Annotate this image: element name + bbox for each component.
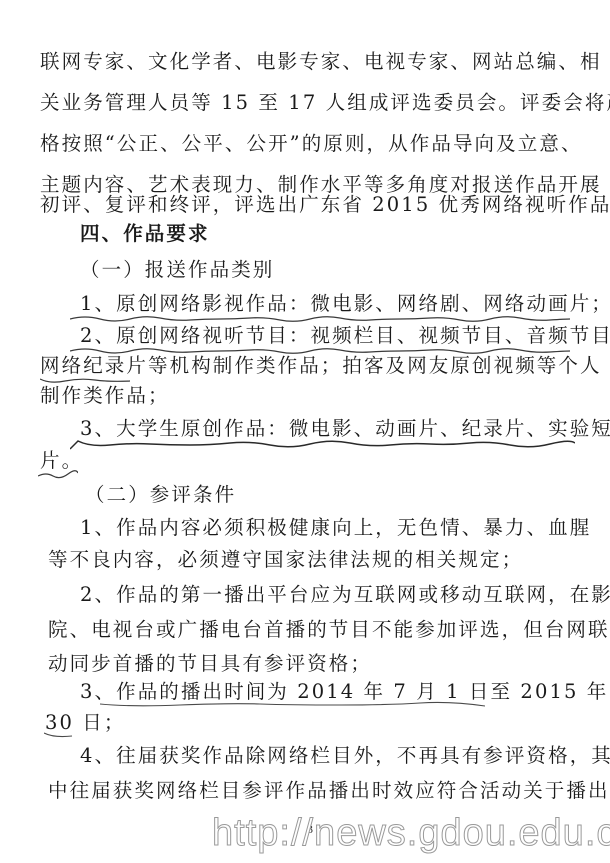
condition-item-4-line-1: 4、往届获奖作品除网络栏目外，不再具有参评资格，其 bbox=[80, 744, 610, 768]
intro-line-1: 联网专家、文化学者、电影专家、电视专家、网站总编、相 bbox=[40, 50, 602, 74]
category-item-2-line-2: 网络纪录片等机构制作类作品；拍客及网友原创视频等个人 bbox=[40, 354, 602, 378]
category-item-3-line-1: 3、大学生原创作品：微电影、动画片、纪录片、实验短 bbox=[80, 417, 610, 441]
category-item-2-line-1: 2、原创网络视听节目：视频栏目、视频节目、音频节目、 bbox=[80, 324, 610, 348]
document-page: 联网专家、文化学者、电影专家、电视专家、网站总编、相 关业务管理人员等 15 至… bbox=[0, 0, 610, 863]
condition-item-2-line-3: 动同步首播的节目具有参评资格； bbox=[48, 652, 372, 676]
condition-item-3-line-1: 3、作品的播出时间为 2014 年 7 月 1 日至 2015 年 6 月 bbox=[80, 680, 610, 704]
category-item-2-line-3: 制作类作品； bbox=[40, 384, 170, 408]
condition-item-2-line-2: 院、电视台或广播电台首播的节目不能参加评选，但台网联 bbox=[48, 618, 610, 642]
subsection-1-title: （一）报送作品类别 bbox=[80, 258, 274, 282]
condition-item-3-line-2: 30 日； bbox=[45, 711, 126, 735]
condition-item-2-line-1: 2、作品的第一播出平台应为互联网或移动互联网，在影 bbox=[80, 583, 610, 607]
subsection-2-title: （二）参评条件 bbox=[85, 483, 236, 507]
intro-line-3: 格按照“公正、公平、公开”的原则，从作品导向及立意、 bbox=[40, 132, 583, 156]
watermark-url: http://news.gdou.edu.cn bbox=[212, 812, 610, 855]
category-item-3-line-2: 片。 bbox=[40, 449, 83, 473]
condition-item-4-line-2: 中往届获奖网络栏目参评作品播出时效应符合活动关于播出 bbox=[48, 779, 610, 803]
section-heading: 四、作品要求 bbox=[80, 222, 210, 246]
condition-item-1-line-1: 1、作品内容必须积极健康向上，无色情、暴力、血腥 bbox=[80, 516, 591, 540]
category-item-1: 1、原创网络影视作品：微电影、网络剧、网络动画片； bbox=[80, 292, 610, 316]
condition-item-1-line-2: 等不良内容，必须遵守国家法律法规的相关规定； bbox=[48, 548, 523, 572]
intro-line-2: 关业务管理人员等 15 至 17 人组成评选委员会。评委会将严 bbox=[40, 91, 610, 115]
intro-line-5: 初评、复评和终评，评选出广东省 2015 优秀网络视听作品。 bbox=[40, 193, 610, 217]
